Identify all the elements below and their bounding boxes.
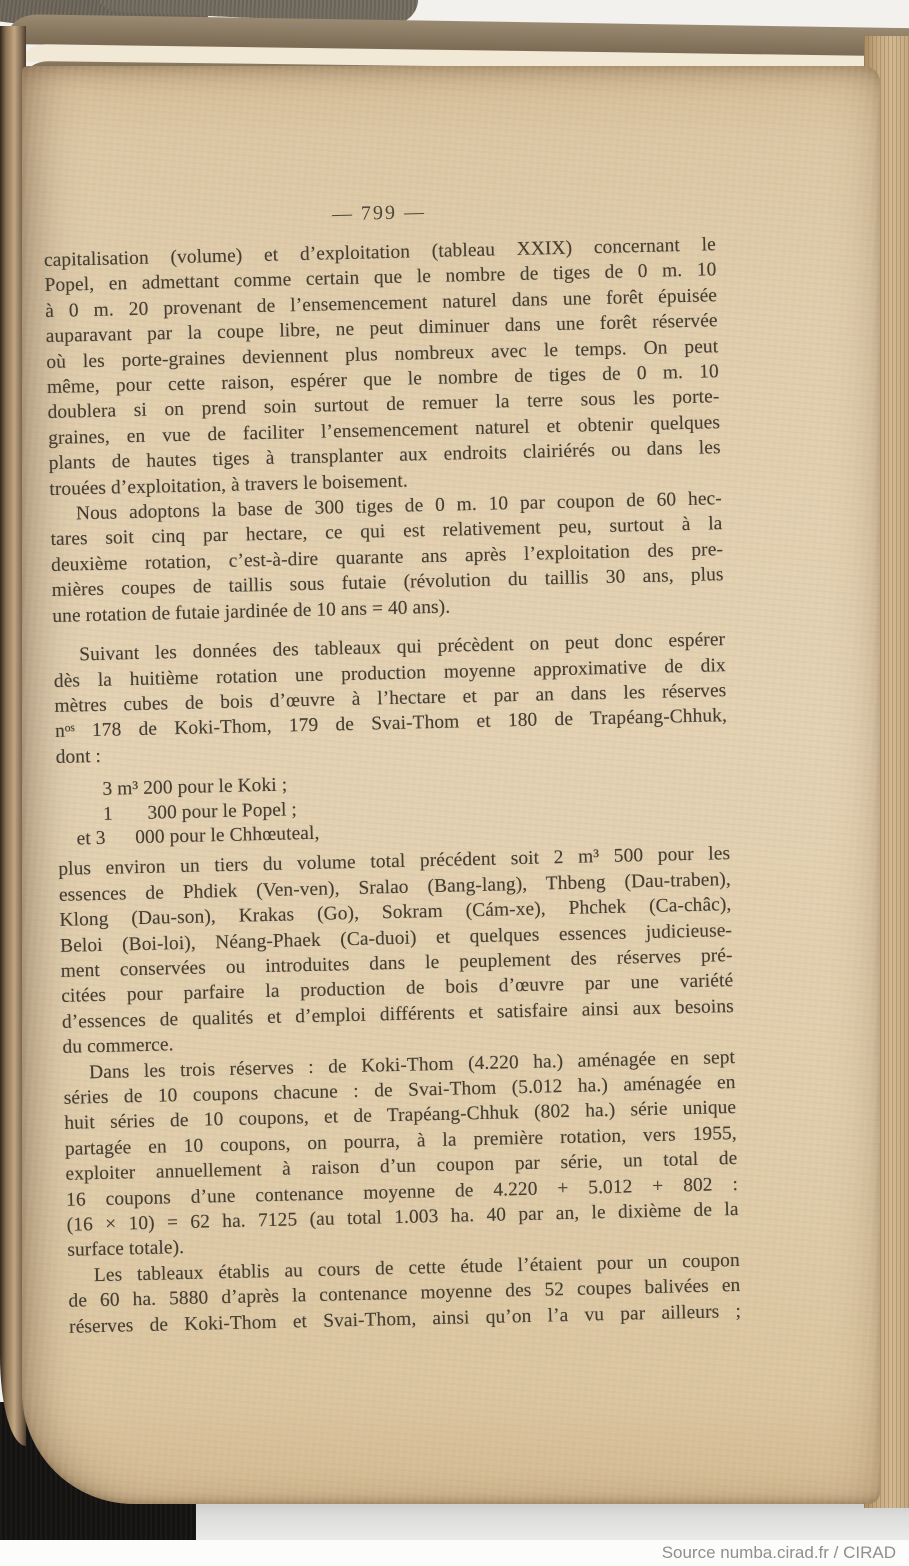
book-scan: — 799 — capitalisation (volume) et d’exp… bbox=[0, 0, 909, 1566]
paragraphs: capitalisation (volume) et d’exploitatio… bbox=[44, 232, 742, 1340]
paragraph: Nous adoptons la base de 300 tiges de 0 … bbox=[50, 486, 725, 629]
page-number: — 799 — bbox=[43, 192, 715, 234]
paragraph: Dans les trois réserves : de Koki-Thom (… bbox=[63, 1045, 740, 1264]
source-caption-bar: Source numba.cirad.fr / CIRAD bbox=[0, 1540, 909, 1566]
book-page: — 799 — capitalisation (volume) et d’exp… bbox=[22, 66, 880, 1504]
paragraph: capitalisation (volume) et d’exploitatio… bbox=[44, 232, 722, 502]
text-block: — 799 — capitalisation (volume) et d’exp… bbox=[43, 192, 741, 1340]
paragraph: plus environ un tiers du volume total pr… bbox=[58, 841, 735, 1060]
paragraph: Suivant les données des tableaux qui pré… bbox=[53, 627, 728, 770]
source-caption: Source numba.cirad.fr / CIRAD bbox=[662, 1543, 896, 1563]
volume-list: 3 m³ 200 pour le Koki ;1 300 pour le Pop… bbox=[102, 763, 730, 851]
paragraph: Les tableaux établis au cours de cette é… bbox=[68, 1248, 742, 1340]
